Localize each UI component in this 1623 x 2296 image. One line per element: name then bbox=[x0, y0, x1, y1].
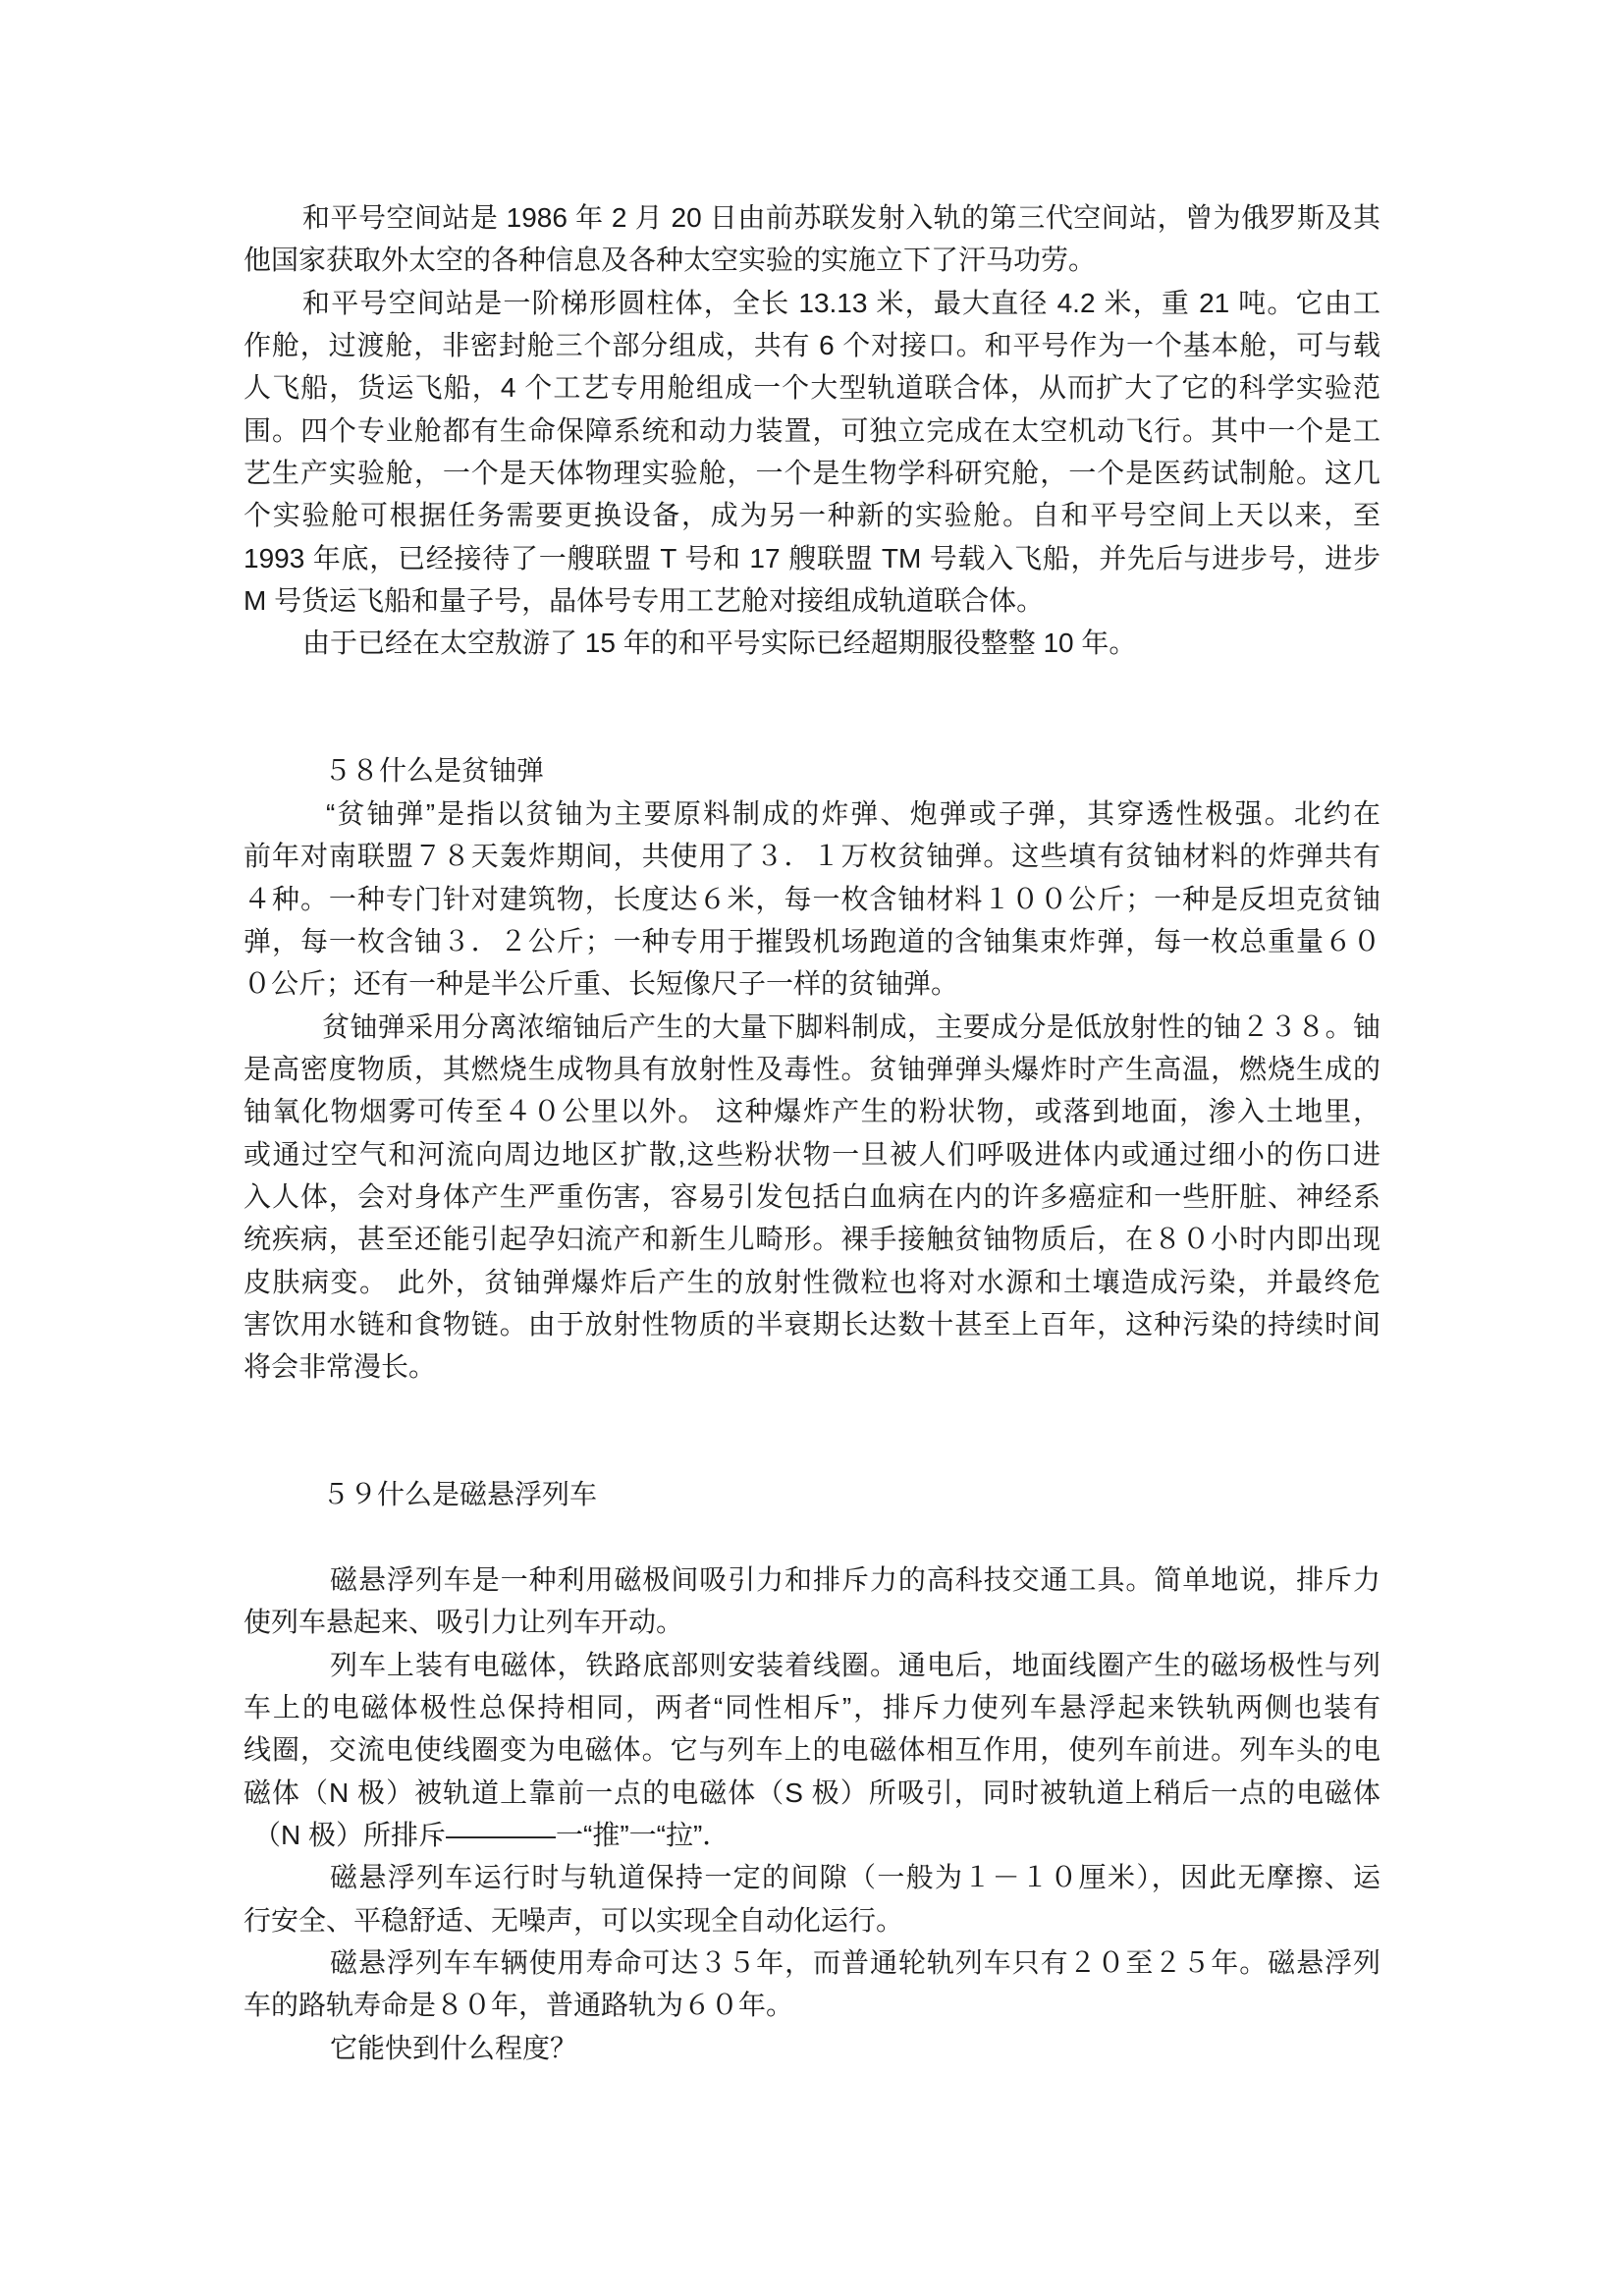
text-line: ４种。一种专门针对建筑物，长度达６米，每一枚含铀材料１００公斤；一种是反坦克贫铀 bbox=[243, 878, 1380, 920]
blank-line bbox=[243, 1516, 1380, 1558]
text-line: 入人体，会对身体产生严重伤害，容易引发包括白血病在内的许多癌症和一些肝脏、神经系 bbox=[243, 1175, 1380, 1218]
text-line: 将会非常漫长。 bbox=[243, 1345, 1380, 1388]
text-line: 前年对南联盟７８天轰炸期间，共使用了３．１万枚贫铀弹。这些填有贫铀材料的炸弹共有 bbox=[243, 835, 1380, 877]
text-line: 统疾病，甚至还能引起孕妇流产和新生儿畸形。裸手接触贫铀物质后，在８０小时内即出现 bbox=[243, 1218, 1380, 1260]
text-line: 车上的电磁体极性总保持相同，两者“同性相斥”，排斥力使列车悬浮起来铁轨两侧也装有 bbox=[243, 1686, 1380, 1728]
document-body: 和平号空间站是 1986 年 2 月 20 日由前苏联发射入轨的第三代空间站，曾… bbox=[243, 196, 1380, 2069]
text-line: 1993 年底，已经接待了一艘联盟 T 号和 17 艘联盟 TM 号载入飞船，并… bbox=[243, 537, 1380, 579]
blank-line bbox=[243, 665, 1380, 707]
text-line: 由于已经在太空敖游了 15 年的和平号实际已经超期服役整整 10 年。 bbox=[243, 622, 1380, 664]
text-line: 它能快到什么程度？ bbox=[243, 2027, 1380, 2069]
blank-line bbox=[243, 707, 1380, 749]
text-line: 和平号空间站是一阶梯形圆柱体，全长 13.13 米，最大直径 4.2 米，重 2… bbox=[243, 282, 1380, 324]
text-line: 作舱，过渡舱，非密封舱三个部分组成，共有 6 个对接口。和平号作为一个基本舱，可… bbox=[243, 324, 1380, 366]
text-line: M 号货运飞船和量子号，晶体号专用工艺舱对接组成轨道联合体。 bbox=[243, 579, 1380, 622]
text-line: 磁悬浮列车是一种利用磁极间吸引力和排斥力的高科技交通工具。简单地说，排斥力 bbox=[243, 1558, 1380, 1601]
text-line: 使列车悬起来、吸引力让列车开动。 bbox=[243, 1601, 1380, 1643]
document-page: 和平号空间站是 1986 年 2 月 20 日由前苏联发射入轨的第三代空间站，曾… bbox=[0, 0, 1623, 2296]
text-line: 贫铀弹采用分离浓缩铀后产生的大量下脚料制成，主要成分是低放射性的铀２３８。铀 bbox=[243, 1006, 1380, 1048]
text-line: 弹，每一枚含铀３．２公斤；一种专用于摧毁机场跑道的含铀集束炸弹，每一枚总重量６０ bbox=[243, 920, 1380, 962]
text-line: 人飞船，货运飞船，4 个工艺专用舱组成一个大型轨道联合体，从而扩大了它的科学实验… bbox=[243, 366, 1380, 409]
text-line: 围。四个专业舱都有生命保障系统和动力装置，可独立完成在太空机动飞行。其中一个是工 bbox=[243, 410, 1380, 452]
section-heading: ５８什么是贫铀弹 bbox=[243, 749, 1380, 792]
text-line: ０公斤；还有一种是半公斤重、长短像尺子一样的贫铀弹。 bbox=[243, 962, 1380, 1005]
blank-line bbox=[243, 1389, 1380, 1431]
text-line: “贫铀弹”是指以贫铀为主要原料制成的炸弹、炮弹或子弹，其穿透性极强。北约在 bbox=[243, 793, 1380, 835]
text-line: 磁悬浮列车运行时与轨道保持一定的间隙（一般为１－１０厘米），因此无摩擦、运 bbox=[243, 1856, 1380, 1898]
section-heading: ５９什么是磁悬浮列车 bbox=[243, 1473, 1380, 1515]
text-line: 个实验舱可根据任务需要更换设备，成为另一种新的实验舱。自和平号空间上天以来，至 bbox=[243, 494, 1380, 536]
text-line: 和平号空间站是 1986 年 2 月 20 日由前苏联发射入轨的第三代空间站，曾… bbox=[243, 196, 1380, 239]
text-line: 铀氧化物烟雾可传至４０公里以外。 这种爆炸产生的粉状物，或落到地面，渗入土地里， bbox=[243, 1090, 1380, 1132]
text-line: 磁悬浮列车车辆使用寿命可达３５年，而普通轮轨列车只有２０至２５年。磁悬浮列 bbox=[243, 1941, 1380, 1984]
text-line: 或通过空气和河流向周边地区扩散,这些粉状物一旦被人们呼吸进体内或通过细小的伤口进 bbox=[243, 1133, 1380, 1175]
text-line: 艺生产实验舱，一个是天体物理实验舱，一个是生物学科研究舱，一个是医药试制舱。这几 bbox=[243, 452, 1380, 494]
text-line: 害饮用水链和食物链。由于放射性物质的半衰期长达数十甚至上百年，这种污染的持续时间 bbox=[243, 1303, 1380, 1345]
text-line: 列车上装有电磁体，铁路底部则安装着线圈。通电后，地面线圈产生的磁场极性与列 bbox=[243, 1644, 1380, 1686]
text-line: （N 极）所排斥————一“推”一“拉”． bbox=[243, 1814, 1380, 1856]
text-line: 皮肤病变。 此外，贫铀弹爆炸后产生的放射性微粒也将对水源和土壤造成污染，并最终危 bbox=[243, 1261, 1380, 1303]
text-line: 线圈，交流电使线圈变为电磁体。它与列车上的电磁体相互作用，使列车前进。列车头的电 bbox=[243, 1728, 1380, 1771]
text-line: 车的路轨寿命是８０年，普通路轨为６０年。 bbox=[243, 1984, 1380, 2026]
text-line: 他国家获取外太空的各种信息及各种太空实验的实施立下了汗马功劳。 bbox=[243, 239, 1380, 281]
text-line: 行安全、平稳舒适、无噪声，可以实现全自动化运行。 bbox=[243, 1899, 1380, 1941]
text-line: 磁体（N 极）被轨道上靠前一点的电磁体（S 极）所吸引，同时被轨道上稍后一点的电… bbox=[243, 1772, 1380, 1814]
text-line: 是高密度物质，其燃烧生成物具有放射性及毒性。贫铀弹弹头爆炸时产生高温，燃烧生成的 bbox=[243, 1048, 1380, 1090]
blank-line bbox=[243, 1431, 1380, 1473]
